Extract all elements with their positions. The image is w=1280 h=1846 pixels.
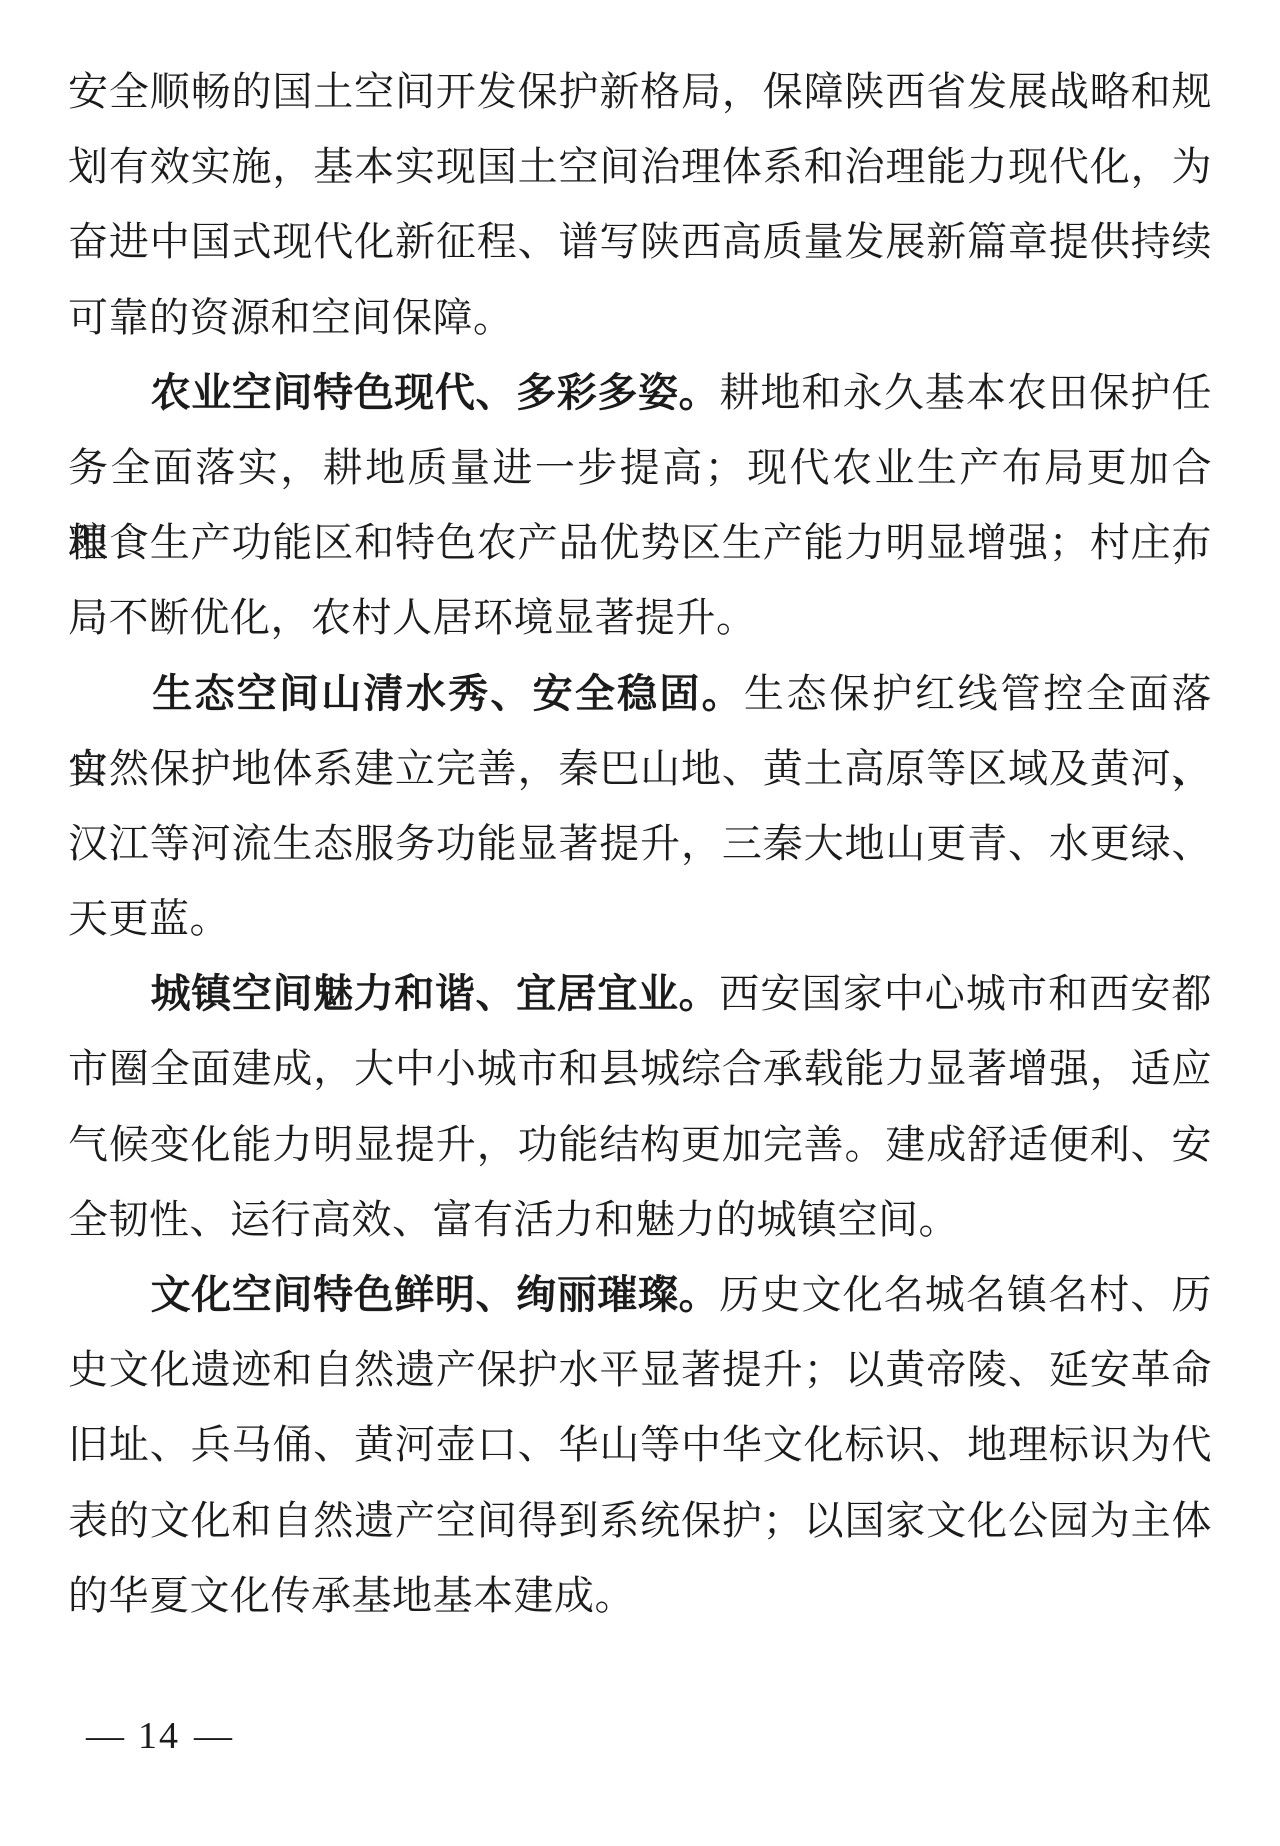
body-text: 市圈全面建成，大中小城市和县城综合承载能力显著增强，适应	[68, 1046, 1212, 1091]
body-text: 划有效实施，基本实现国土空间治理体系和治理能力现代化，为	[68, 144, 1212, 189]
body-text: 安全顺畅的国土空间开发保护新格局，保障陕西省发展战略和规	[68, 69, 1212, 114]
paragraph-lead-bold-text: 生态空间山清水秀、安全稳固。	[150, 672, 744, 716]
text-line: 务全面落实，耕地质量进一步提高；现代农业生产布局更加合理，	[68, 430, 1212, 505]
paragraph-lead-bold-text: 农业空间特色现代、多彩多姿。	[150, 371, 719, 415]
text-line: 可靠的资源和空间保障。	[68, 280, 1212, 355]
text-line: 天更蓝。	[68, 881, 1212, 956]
text-line: 全韧性、运行高效、富有活力和魅力的城镇空间。	[68, 1182, 1212, 1257]
text-line: 史文化遗迹和自然遗产保护水平显著提升；以黄帝陵、延安革命	[68, 1332, 1212, 1407]
body-text: 历史文化名城名镇名村、历	[719, 1272, 1212, 1317]
paragraph-indent	[68, 1006, 150, 1007]
body-text: 耕地和永久基本农田保护任	[719, 370, 1212, 415]
paragraph-indent	[68, 706, 150, 707]
text-line: 汉江等河流生态服务功能显著提升，三秦大地山更青、水更绿、	[68, 806, 1212, 881]
body-text: 天更蓝。	[68, 896, 230, 941]
paragraph-lead-bold-text: 城镇空间魅力和谐、宜居宜业。	[150, 972, 719, 1016]
body-text: 西安国家中心城市和西安都	[719, 971, 1212, 1016]
paragraph-lead-bold-text: 文化空间特色鲜明、绚丽璀璨。	[150, 1273, 719, 1317]
body-text: 局不断优化，农村人居环境显著提升。	[68, 595, 757, 640]
text-line: 奋进中国式现代化新征程、谱写陕西高质量发展新篇章提供持续	[68, 204, 1212, 279]
text-line: 旧址、兵马俑、黄河壶口、华山等中华文化标识、地理标识为代	[68, 1407, 1212, 1482]
text-line: 城镇空间魅力和谐、宜居宜业。西安国家中心城市和西安都	[68, 956, 1212, 1031]
body-text: 粮食生产功能区和特色农产品优势区生产能力明显增强；村庄布	[68, 520, 1212, 565]
footer-right-dash: —	[194, 1710, 232, 1762]
page-footer: —14—	[72, 1710, 246, 1762]
text-line: 划有效实施，基本实现国土空间治理体系和治理能力现代化，为	[68, 129, 1212, 204]
footer-left-dash: —	[86, 1710, 124, 1762]
body-text: 奋进中国式现代化新征程、谱写陕西高质量发展新篇章提供持续	[68, 219, 1212, 264]
text-line: 的华夏文化传承基地基本建成。	[68, 1558, 1212, 1633]
body-text: 表的文化和自然遗产空间得到系统保护；以国家文化公园为主体	[68, 1498, 1212, 1543]
body-text: 气候变化能力明显提升，功能结构更加完善。建成舒适便利、安	[68, 1122, 1212, 1167]
body-text: 的华夏文化传承基地基本建成。	[68, 1573, 635, 1618]
text-line: 安全顺畅的国土空间开发保护新格局，保障陕西省发展战略和规	[68, 54, 1212, 129]
text-line: 局不断优化，农村人居环境显著提升。	[68, 580, 1212, 655]
text-line: 农业空间特色现代、多彩多姿。耕地和永久基本农田保护任	[68, 355, 1212, 430]
body-text: 史文化遗迹和自然遗产保护水平显著提升；以黄帝陵、延安革命	[68, 1347, 1212, 1392]
page-number: 14	[138, 1710, 180, 1762]
body-text: 可靠的资源和空间保障。	[68, 295, 514, 340]
paragraph-indent	[68, 405, 150, 406]
body-text: 自然保护地体系建立完善，秦巴山地、黄土高原等区域及黄河、	[68, 746, 1212, 791]
body-text: 汉江等河流生态服务功能显著提升，三秦大地山更青、水更绿、	[68, 821, 1212, 866]
text-line: 粮食生产功能区和特色农产品优势区生产能力明显增强；村庄布	[68, 505, 1212, 580]
text-line: 市圈全面建成，大中小城市和县城综合承载能力显著增强，适应	[68, 1031, 1212, 1106]
text-line: 自然保护地体系建立完善，秦巴山地、黄土高原等区域及黄河、	[68, 731, 1212, 806]
document-page: 安全顺畅的国土空间开发保护新格局，保障陕西省发展战略和规划有效实施，基本实现国土…	[0, 0, 1280, 1846]
text-line: 气候变化能力明显提升，功能结构更加完善。建成舒适便利、安	[68, 1107, 1212, 1182]
body-text: 全韧性、运行高效、富有活力和魅力的城镇空间。	[68, 1197, 959, 1242]
body-text: 旧址、兵马俑、黄河壶口、华山等中华文化标识、地理标识为代	[68, 1422, 1212, 1467]
text-line: 生态空间山清水秀、安全稳固。生态保护红线管控全面落实，	[68, 656, 1212, 731]
paragraph-indent	[68, 1307, 150, 1308]
document-body: 安全顺畅的国土空间开发保护新格局，保障陕西省发展战略和规划有效实施，基本实现国土…	[68, 54, 1212, 1633]
text-line: 文化空间特色鲜明、绚丽璀璨。历史文化名城名镇名村、历	[68, 1257, 1212, 1332]
text-line: 表的文化和自然遗产空间得到系统保护；以国家文化公园为主体	[68, 1483, 1212, 1558]
